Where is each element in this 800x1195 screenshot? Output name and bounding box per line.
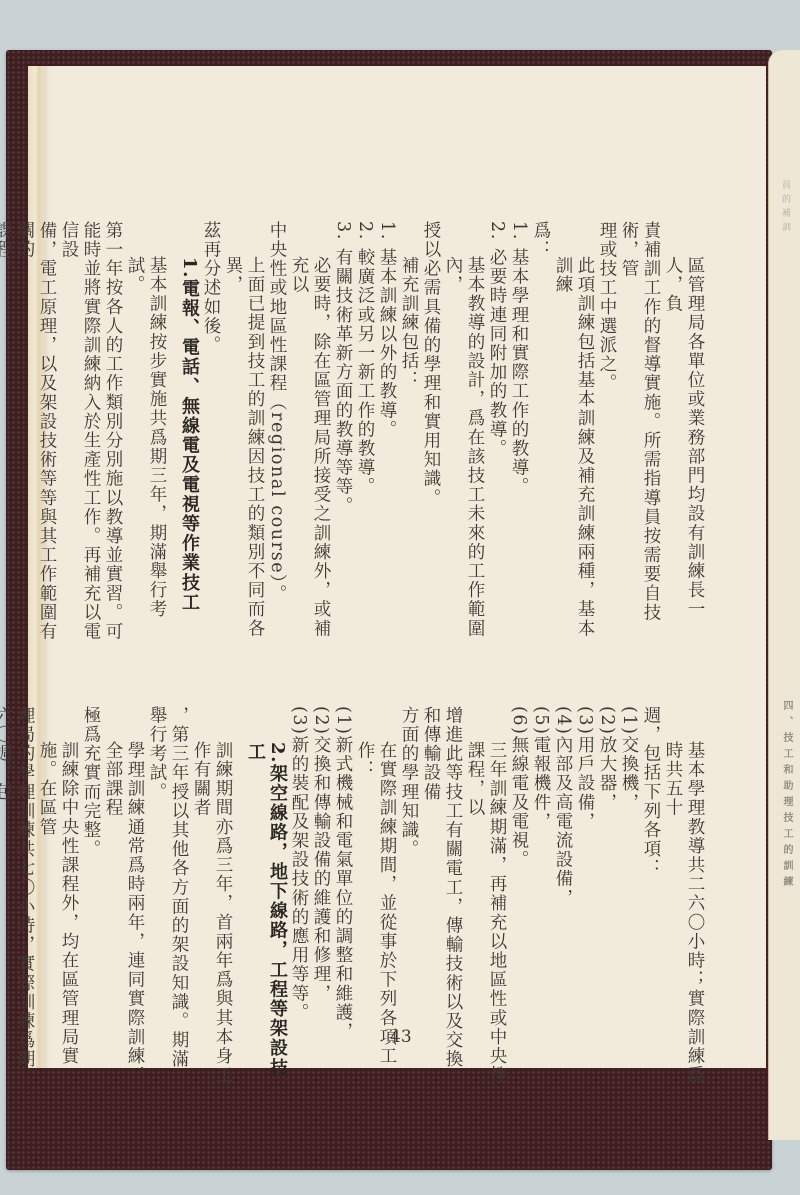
paragraph: 區管理局各單位或業務部門均設有訓練長一人，負 <box>662 221 706 651</box>
list-item: (1)新式機械和電氣單位的調整和維護， <box>332 706 354 1086</box>
paragraph: 極爲充實而完整。 <box>80 706 102 1086</box>
paragraph: 理或技工中選派之。 <box>596 221 618 651</box>
facing-page-running-title: 四、技工和助理技工的訓練 <box>779 700 794 892</box>
paragraph: 課程。 <box>0 221 14 651</box>
paragraph: 能時並將實際訓練納入於生產性工作。再補充以電信設 <box>58 221 102 651</box>
list-item: (5)電報機件， <box>530 706 552 1086</box>
paragraph: 三年訓練期滿，再補充以地區性或中央性課程，以 <box>464 706 508 1086</box>
page-number: 43 <box>390 1027 412 1047</box>
paragraph: 此項訓練包括基本訓練及補充訓練兩種，基本訓練 <box>552 221 596 651</box>
paragraph: 補充訓練包括： <box>398 221 420 651</box>
paragraph: 爲： <box>530 221 552 651</box>
paragraph: 中央性或地區性課程（regional course）。 <box>266 221 288 651</box>
section-heading: 1.電報、電話、無線電及電視等作業技工 <box>178 221 200 651</box>
paragraph: 茲再分述如後。 <box>200 221 222 651</box>
upper-text-block: 區管理局各單位或業務部門均設有訓練長一人，負 責補訓工作的督導實施。所需指導員按… <box>0 221 706 651</box>
paragraph: 第一年按各人的工作類別分別施以教導並實習。可 <box>102 221 124 651</box>
paragraph: 基本學理教導共二六〇小時；實際訓練爲時共五十 <box>662 706 706 1086</box>
paragraph: 理局的學理訓練共七〇小時，實際訓練爲期六〇週，包 <box>0 706 36 1086</box>
list-item: 2. 必要時連同附加的教導。 <box>486 221 508 651</box>
list-item: (4)內部及高電流設備， <box>552 706 574 1086</box>
paragraph: 基本訓練按步實施共爲期三年，期滿舉行考試。 <box>124 221 168 651</box>
paragraph: 必要時，除在區管理局所接受之訓練外，或補充以 <box>288 221 332 651</box>
list-item: (3)用戶設備， <box>574 706 596 1086</box>
list-item: 2. 較廣泛或另一新工作的教導。 <box>354 221 376 651</box>
paragraph: 責補訓工作的督導實施。所需指導員按需要自技術，管 <box>618 221 662 651</box>
facing-page-heading: 員的補訓 <box>779 180 791 236</box>
list-item: (2)交換和傳輸設備的維護和修理， <box>310 706 332 1086</box>
paragraph: 授以必需具備的學理和實用知識。 <box>420 221 442 651</box>
section-heading: 2.架空線路，地下線路，工程等架設技工 <box>244 706 288 1086</box>
lower-text-block: 基本學理教導共二六〇小時；實際訓練爲時共五十 週，包括下列各項： (1)交換機，… <box>0 706 706 1086</box>
list-item: (6)無線電及電視。 <box>508 706 530 1086</box>
paragraph: 增進此等技工有關電工，傳輸技術以及交換和傳輸設備 <box>420 706 464 1086</box>
paragraph: 基本教導的設計，爲在該技工未來的工作範圍內， <box>442 221 486 651</box>
list-item: (3)新的裝配及架設技術的應用等等。 <box>288 706 310 1086</box>
list-item: (1)交換機， <box>618 706 640 1086</box>
paragraph: 訓練期間亦爲三年，首兩年爲與其本身工作有關者 <box>190 706 234 1086</box>
paragraph: 上面已提到技工的訓練因技工的類別不同而各異， <box>222 221 266 651</box>
paragraph: 週，包括下列各項： <box>640 706 662 1086</box>
paragraph: 訓練除中央性課程外，均在區管理局實施。在區管 <box>36 706 80 1086</box>
facing-page-edge: 員的補訓 四、技工和助理技工的訓練 <box>768 50 800 1140</box>
list-item: (2)放大器， <box>596 706 618 1086</box>
paragraph: ，第三年授以其他各方面的架設知識。期滿舉行考試。 <box>146 706 190 1086</box>
list-item: 1. 基本訓練以外的教導。 <box>376 221 398 651</box>
book-page: 區管理局各單位或業務部門均設有訓練長一人，負 責補訓工作的督導實施。所需指導員按… <box>44 66 766 1068</box>
paragraph: 學理訓練通常爲時兩年，連同實際訓練，全部課程 <box>102 706 146 1086</box>
list-item: 1. 基本學理和實際工作的教導。 <box>508 221 530 651</box>
list-item: 3. 有關技術革新方面的教導等等。 <box>332 221 354 651</box>
paragraph: 備，電工原理，以及架設技術等等與其工作範圍有關的 <box>14 221 58 651</box>
